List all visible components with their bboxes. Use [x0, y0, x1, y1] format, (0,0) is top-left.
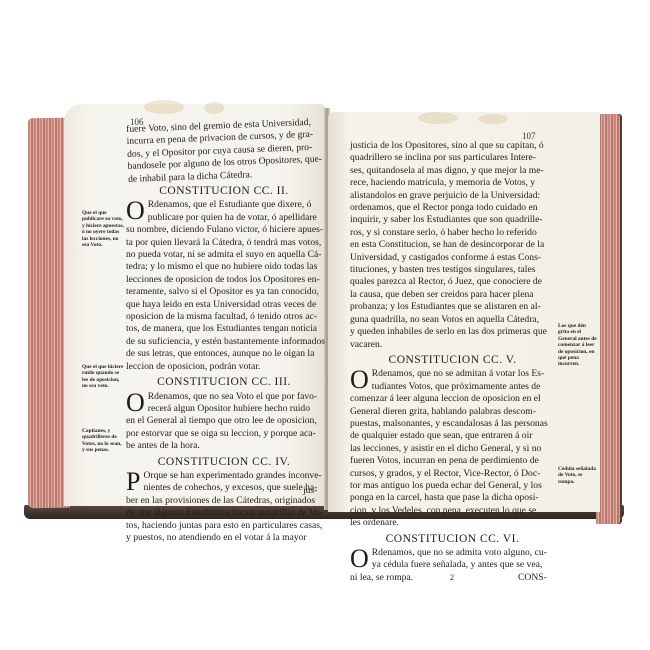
text-line: su nombre, diciendo Fulano victor, ó hic… — [126, 224, 322, 236]
left-page-opening: fuere Voto, sino del gremio de esta Univ… — [126, 116, 324, 186]
drop-cap: O — [126, 392, 145, 414]
text-line: y puestos, no atendiendo en el votar á l… — [126, 532, 322, 544]
text-line: quadrillero se inclina por sus particula… — [350, 152, 555, 164]
right-page-body: justicia de los Opositores, sino al que … — [350, 140, 555, 584]
section-heading: CONSTITUCION CC. V. — [350, 354, 555, 366]
text-line: tudiantes Votos, que próximamente antes … — [350, 381, 555, 393]
text-line: tos, de manera, que los Estudiantes teng… — [126, 323, 322, 335]
water-stain — [478, 114, 508, 124]
text-line: Orque se han experimentado grandes incon… — [126, 470, 322, 482]
margin-note: Que el que publicare su voto, y hiciere … — [82, 210, 124, 248]
text-line: guna quadrilla, no sean Votos en aquella… — [350, 314, 555, 326]
text-line: ses, quitandosela al mas digno, y que me… — [350, 165, 555, 177]
signature-mark: 2 — [450, 572, 454, 584]
text-line: inquirir, y saber los Estudiantes que so… — [350, 214, 555, 226]
text-line: comenzar á leer alguna leccion de oposic… — [350, 393, 555, 405]
drop-cap: O — [350, 369, 369, 391]
text-line: cion, y los Vedeles, con pena, executen … — [350, 505, 555, 517]
text-line: ponga en la carcel, hasta que pase la di… — [350, 492, 555, 504]
text-line: vacaren. — [350, 339, 555, 351]
text-line: de su suficiencia, y estén bastantemente… — [126, 336, 322, 348]
text-line: rece, haciendo matricula, y memoria de V… — [350, 177, 555, 189]
text-line: ordenamos, que el Rector ponga todo cuid… — [350, 202, 555, 214]
drop-cap: P — [126, 471, 140, 493]
text-line: la causa, que deben ser creidos para hac… — [350, 289, 555, 301]
section-heading: CONSTITUCION CC. III. — [126, 376, 322, 388]
section-heading: CONSTITUCION CC. VI. — [350, 533, 555, 545]
text-line: ros, y si constare serlo, ó haber hecho … — [350, 227, 555, 239]
text-line: ta por quien llevará la Cátedra, ó tendr… — [126, 237, 322, 249]
water-stain — [144, 100, 184, 114]
drop-cap: O — [126, 200, 145, 222]
text-line: tituciones, y basten tres testigos singu… — [350, 264, 555, 276]
text-line: ber en las provisiones de las Cátedras, … — [126, 495, 322, 507]
margin-note: Capitanes, y quadrilleros de Votos, no l… — [82, 428, 124, 454]
text-line: Universidad, y castigados conforme á est… — [350, 252, 555, 264]
text-line: teramente, salvo si el Opositor es ya ta… — [126, 286, 322, 298]
text-line: Rdenamos, que no se admita voto alguno, … — [350, 547, 555, 559]
text-line: no pueda votar, ni se admita el suyo en … — [126, 249, 322, 261]
water-stain — [418, 112, 458, 124]
text-line: de qualquier estado que sean, que entrar… — [350, 430, 555, 442]
section-heading: CONSTITUCION CC. II. — [126, 185, 322, 197]
text-line: ya cédula fuere señalada, y antes que se… — [350, 559, 555, 571]
margin-note: Los que dén grita en el General antes de… — [558, 323, 598, 368]
text-line: lecciones de oposicion de todos los Opos… — [126, 274, 322, 286]
text-line: Rdenamos, que no se admitan á votar los … — [350, 368, 555, 380]
text-line: publicare por quien ha de votar, ó apell… — [126, 212, 322, 224]
text-line: puestas, malsonantes, y escandalosas á l… — [350, 418, 555, 430]
catchword-left: jus- — [303, 485, 317, 496]
text-line: nientes de cohechos, y excesos, que suel… — [126, 482, 322, 494]
section-heading: CONSTITUCION CC. IV. — [126, 456, 322, 468]
text-line: fueren Votos, incurran en pena de perdim… — [350, 455, 555, 467]
text-line: les ordenare. — [350, 517, 555, 529]
text-line: leccion de oposicion, podrán votar. — [126, 361, 322, 373]
text-line: las lecciones, y asistir en el dicho Gen… — [350, 443, 555, 455]
text-line: recerá algun Opositor hubiere hecho ruid… — [126, 403, 322, 415]
water-stain — [204, 102, 224, 114]
text-line: oposicion de la misma facultad, ó tenido… — [126, 311, 322, 323]
text-line: quales parezca al Rector, ó Juez, que co… — [350, 276, 555, 288]
text-line: que haya leido en esta Universidad otras… — [126, 299, 322, 311]
text-line: tedra; y lo mismo el que no hubiere oido… — [126, 261, 322, 273]
text-line: de sus letras, que entonces, aunque no l… — [126, 348, 322, 360]
text-line: por estorvar que se oiga su leccion, y p… — [126, 428, 322, 440]
text-line: alistandolos en grave perjuicio de la Un… — [350, 190, 555, 202]
text-line: tor mas antiguo los pueda echar del Gene… — [350, 480, 555, 492]
open-book-photo: 106 fuere Voto, sino del gremio de esta … — [0, 0, 650, 650]
catchword-right: CONS- — [518, 572, 547, 584]
margin-note: Cédula señalada de Voto, se rompa. — [558, 466, 598, 485]
text-line: be antes de la hora. — [126, 440, 322, 452]
text-line: cursos, y grados, y el Rector, Vice-Rect… — [350, 468, 555, 480]
left-page-body: CONSTITUCION CC. II. O Rdenamos, que el … — [126, 182, 322, 544]
text-line: Rdenamos, que el Estudiante que dixere, … — [126, 199, 322, 211]
text-line: probanza; y los Estudiantes que se alist… — [350, 301, 555, 313]
last-line-row: ni lea, se rompa. 2 CONS- — [350, 572, 555, 584]
text-line: tos, haciendo juntas para esto en partic… — [126, 520, 322, 532]
text-line: de que algunos Estudiantes hacen quadril… — [126, 507, 322, 519]
text-line: General dieren grita, hablando palabras … — [350, 406, 555, 418]
text-line: Rdenamos, que no sea Voto el que por fav… — [126, 391, 322, 403]
margin-note: Que el que hiciere ruido quando se lee d… — [82, 364, 124, 390]
text-line: y queden inhabiles de serlo en las dos p… — [350, 326, 555, 338]
text-line: en esta Constitucion, se han de desincor… — [350, 239, 555, 251]
text-line: en el General al tiempo que otro lee de … — [126, 415, 322, 427]
text-line: ni lea, se rompa. — [350, 572, 413, 583]
drop-cap: O — [350, 548, 369, 570]
text-line: justicia de los Opositores, sino al que … — [350, 140, 555, 152]
